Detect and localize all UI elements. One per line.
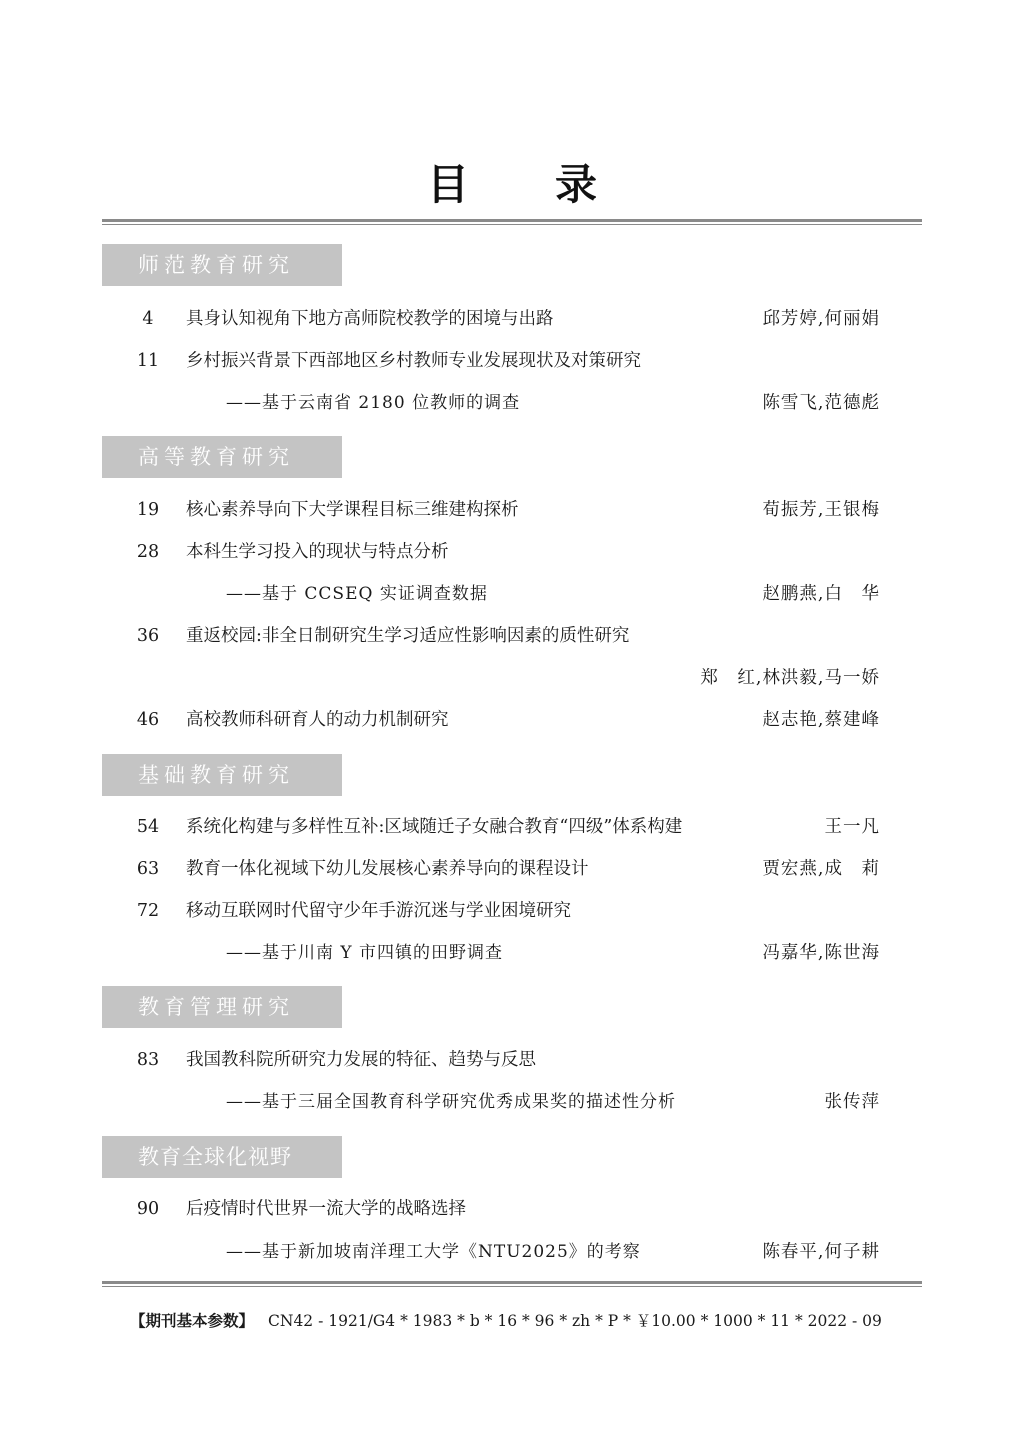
article-subtitle: ——基于川南 Y 市四镇的田野调查 [226, 938, 503, 968]
article-subtitle: ——基于三届全国教育科学研究优秀成果奖的描述性分析 [226, 1087, 676, 1117]
toc-entry[interactable]: 4 具身认知视角下地方高师院校教学的困境与出路 邱芳婷,何丽娟 [130, 304, 880, 334]
journal-parameters: 【期刊基本参数】CN42 - 1921/G4 * 1983 * b * 16 *… [130, 1306, 890, 1336]
page-number: 4 [130, 304, 166, 334]
article-authors: 邱芳婷,何丽娟 [762, 304, 880, 334]
page-number: 72 [130, 896, 166, 926]
article-subtitle: ——基于新加坡南洋理工大学《NTU2025》的考察 [226, 1237, 641, 1267]
journal-parameters-label: 【期刊基本参数】 [130, 1312, 254, 1330]
toc-entry-subtitle-row: ——基于云南省 2180 位教师的调查 陈雪飞,范德彪 [130, 388, 880, 418]
article-title[interactable]: 本科生学习投入的现状与特点分析 [186, 537, 449, 567]
article-authors: 陈春平,何子耕 [762, 1237, 880, 1267]
article-subtitle: ——基于云南省 2180 位教师的调查 [226, 388, 520, 418]
article-title[interactable]: 乡村振兴背景下西部地区乡村教师专业发展现状及对策研究 [186, 346, 641, 376]
article-authors: 赵鹏燕,白 华 [762, 579, 880, 609]
article-authors: 赵志艳,蔡建峰 [762, 705, 880, 735]
section-header-teacher-education: 师范教育研究 [102, 244, 342, 286]
toc-entry-subtitle-row: ——基于 CCSEQ 实证调查数据 赵鹏燕,白 华 [130, 579, 880, 609]
toc-entry[interactable]: 19 核心素养导向下大学课程目标三维建构探析 荀振芳,王银梅 [130, 495, 880, 525]
page-number: 36 [130, 621, 166, 651]
article-title[interactable]: 我国教科院所研究力发展的特征、趋势与反思 [186, 1045, 536, 1075]
article-authors: 荀振芳,王银梅 [762, 495, 880, 525]
toc-entry-subtitle-row: ——基于新加坡南洋理工大学《NTU2025》的考察 陈春平,何子耕 [130, 1237, 880, 1267]
section-header-higher-education: 高等教育研究 [102, 436, 342, 478]
article-title[interactable]: 高校教师科研育人的动力机制研究 [186, 705, 449, 735]
toc-entry[interactable]: 11 乡村振兴背景下西部地区乡村教师专业发展现状及对策研究 [130, 346, 880, 376]
toc-entry[interactable]: 63 教育一体化视域下幼儿发展核心素养导向的课程设计 贾宏燕,成 莉 [130, 854, 880, 884]
toc-entry[interactable]: 72 移动互联网时代留守少年手游沉迷与学业困境研究 [130, 896, 880, 926]
section-header-education-management: 教育管理研究 [102, 986, 342, 1028]
page-number: 11 [130, 346, 166, 376]
toc-entry[interactable]: 36 重返校园:非全日制研究生学习适应性影响因素的质性研究 [130, 621, 880, 651]
page-number: 90 [130, 1194, 166, 1224]
article-authors: 冯嘉华,陈世海 [762, 938, 880, 968]
article-title[interactable]: 具身认知视角下地方高师院校教学的困境与出路 [186, 304, 554, 334]
section-header-global-education: 教育全球化视野 [102, 1136, 342, 1178]
article-authors: 郑 红,林洪毅,马一娇 [700, 663, 880, 693]
article-title[interactable]: 重返校园:非全日制研究生学习适应性影响因素的质性研究 [186, 621, 629, 651]
page-number: 28 [130, 537, 166, 567]
toc-entry[interactable]: 90 后疫情时代世界一流大学的战略选择 [130, 1194, 880, 1224]
article-title[interactable]: 移动互联网时代留守少年手游沉迷与学业困境研究 [186, 896, 571, 926]
journal-parameters-value: CN42 - 1921/G4 * 1983 * b * 16 * 96 * zh… [268, 1312, 882, 1330]
toc-entry[interactable]: 46 高校教师科研育人的动力机制研究 赵志艳,蔡建峰 [130, 705, 880, 735]
toc-entry[interactable]: 54 系统化构建与多样性互补:区域随迁子女融合教育“四级”体系构建 王一凡 [130, 812, 880, 842]
page-number: 83 [130, 1045, 166, 1075]
toc-entry-subtitle-row: ——基于川南 Y 市四镇的田野调查 冯嘉华,陈世海 [130, 938, 880, 968]
article-subtitle: ——基于 CCSEQ 实证调查数据 [226, 579, 488, 609]
toc-entry-subtitle-row: ——基于三届全国教育科学研究优秀成果奖的描述性分析 张传萍 [130, 1087, 880, 1117]
toc-entry[interactable]: 28 本科生学习投入的现状与特点分析 [130, 537, 880, 567]
article-authors: 王一凡 [825, 812, 881, 842]
article-authors: 张传萍 [825, 1087, 881, 1117]
footer-divider [102, 1281, 922, 1287]
page-title: 目录 [0, 158, 1024, 212]
page-number: 46 [130, 705, 166, 735]
article-title[interactable]: 后疫情时代世界一流大学的战略选择 [186, 1194, 466, 1224]
section-header-basic-education: 基础教育研究 [102, 754, 342, 796]
page-number: 54 [130, 812, 166, 842]
article-title[interactable]: 系统化构建与多样性互补:区域随迁子女融合教育“四级”体系构建 [186, 812, 682, 842]
article-authors: 陈雪飞,范德彪 [762, 388, 880, 418]
article-title[interactable]: 教育一体化视域下幼儿发展核心素养导向的课程设计 [186, 854, 589, 884]
page-number: 19 [130, 495, 166, 525]
toc-entry[interactable]: 83 我国教科院所研究力发展的特征、趋势与反思 [130, 1045, 880, 1075]
article-title[interactable]: 核心素养导向下大学课程目标三维建构探析 [186, 495, 519, 525]
title-divider [102, 219, 922, 225]
article-authors: 贾宏燕,成 莉 [762, 854, 880, 884]
page-number: 63 [130, 854, 166, 884]
toc-entry-authors-row: 郑 红,林洪毅,马一娇 [130, 663, 880, 693]
